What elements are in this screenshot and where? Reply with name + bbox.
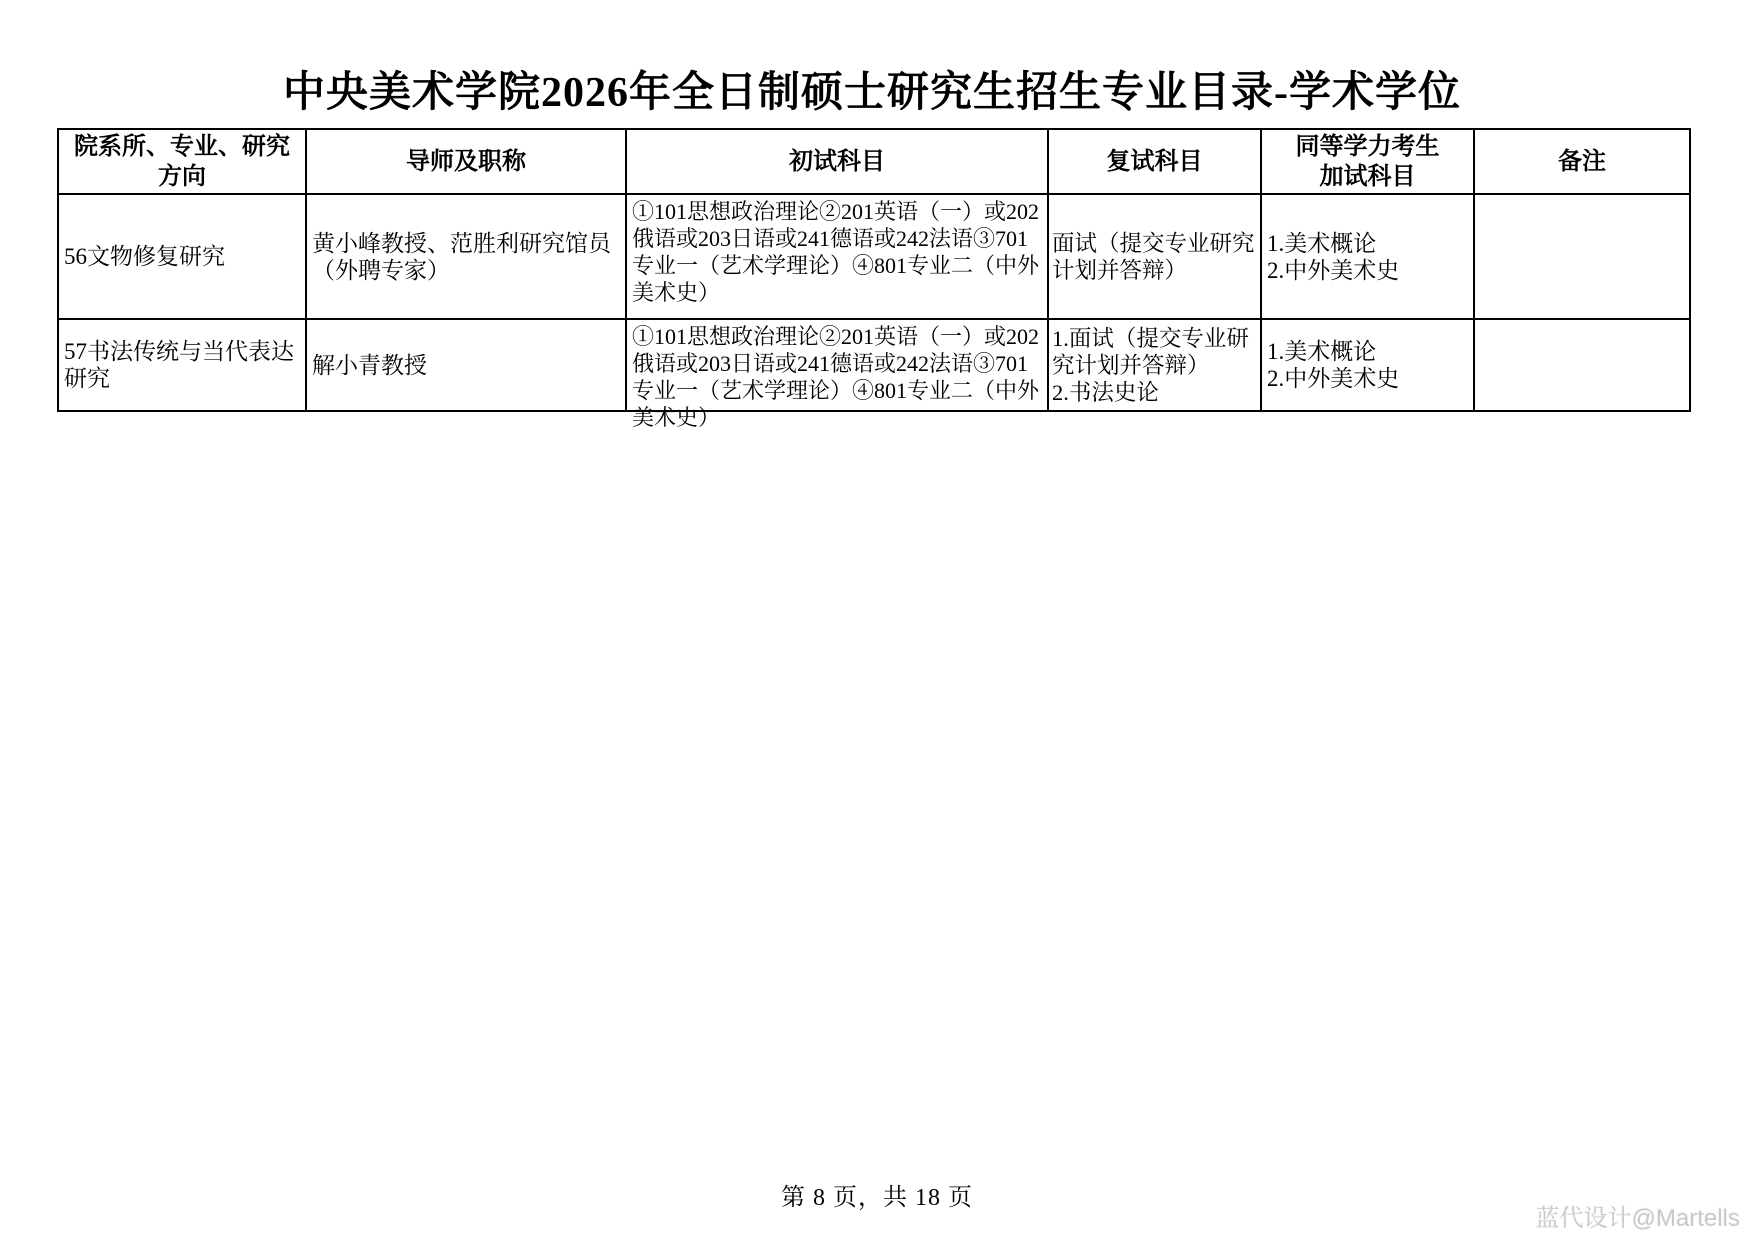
row1-initial-exam-cell: ①101思想政治理论②201英语（一）或202俄语或203日语或241德语或24…: [627, 195, 1049, 320]
row1-retest-cell: 面试（提交专业研究计划并答辩）: [1049, 195, 1262, 320]
row1-additional-subjects-cell: 1.美术概论 2.中外美术史: [1262, 195, 1475, 320]
column-header-retest: 复试科目: [1049, 130, 1262, 195]
column-header-initial-exam: 初试科目: [627, 130, 1049, 195]
column-header-additional-subjects: 同等学力考生 加试科目: [1262, 130, 1475, 195]
row2-retest-cell: 1.面试（提交专业研究计划并答辩） 2.书法史论: [1049, 320, 1262, 410]
row2-additional-subjects-cell: 1.美术概论 2.中外美术史: [1262, 320, 1475, 410]
row1-remarks-cell: [1475, 195, 1689, 320]
watermark: 蓝代设计@Martells: [1536, 1198, 1740, 1233]
row2-program-cell: 57书法传统与当代表达研究: [59, 320, 307, 410]
column-header-remarks: 备注: [1475, 130, 1689, 195]
page-title: 中央美术学院2026年全日制硕士研究生招生专业目录-学术学位: [57, 70, 1687, 116]
row2-remarks-cell: [1475, 320, 1689, 410]
page-number: 第 8 页，共 18 页: [0, 1183, 1754, 1213]
row2-advisor-cell: 解小青教授: [307, 320, 627, 410]
document-page: 中央美术学院2026年全日制硕士研究生招生专业目录-学术学位 院系所、专业、研究…: [0, 0, 1754, 1240]
row1-advisor-cell: 黄小峰教授、范胜利研究馆员（外聘专家）: [307, 195, 627, 320]
column-header-department-major-direction: 院系所、专业、研究方向: [59, 130, 307, 195]
row2-initial-exam-cell: ①101思想政治理论②201英语（一）或202俄语或203日语或241德语或24…: [627, 320, 1049, 410]
row1-program-cell: 56文物修复研究: [59, 195, 307, 320]
admissions-table: 院系所、专业、研究方向 导师及职称 初试科目 复试科目 同等学力考生 加试科目 …: [57, 128, 1691, 412]
column-header-advisor-title: 导师及职称: [307, 130, 627, 195]
